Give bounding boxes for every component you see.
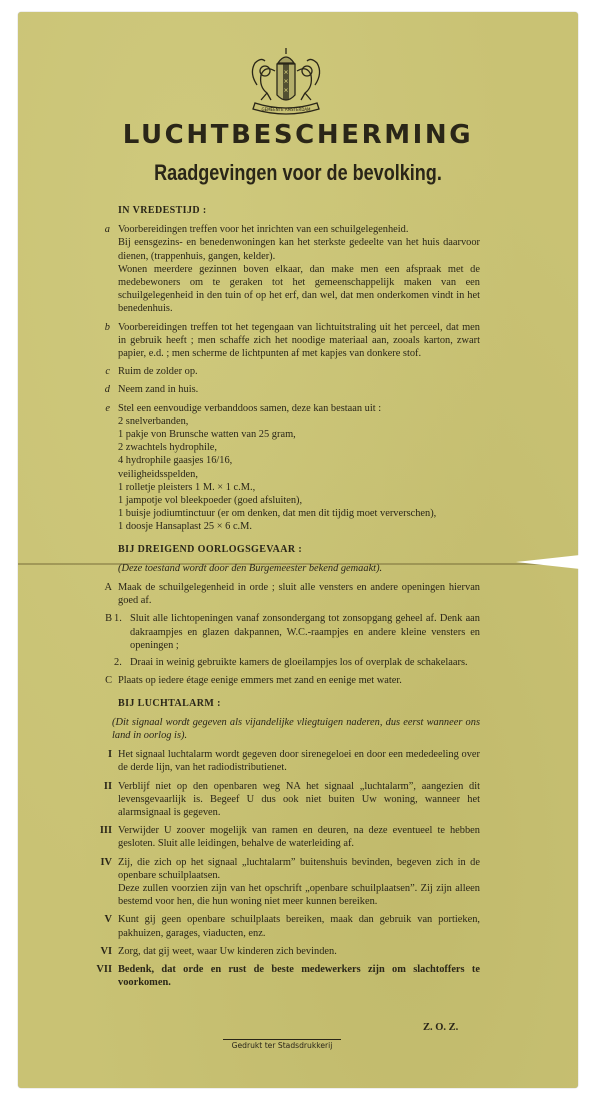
list-item-II: II Verblijf niet op den openbaren weg NA…: [104, 780, 480, 820]
item-marker: e: [96, 402, 110, 415]
list-item-VI: VI Zorg, dat gij weet, waar Uw kinderen …: [104, 945, 480, 958]
list-item-C: C Plaats op iedere étage eenige emmers m…: [104, 674, 480, 687]
sub-item-1: 1. Sluit alle lichtopeningen vanaf zonso…: [104, 612, 480, 652]
item-text: Bij eensgezins- en benedenwoningen kan h…: [118, 236, 480, 262]
item-marker: I: [82, 748, 112, 761]
item-marker: A: [82, 581, 112, 594]
item-text: Maak de schuilgelegenheid in orde ; slui…: [118, 582, 480, 606]
svg-text:×: ×: [283, 78, 288, 85]
item-text: Ruim de zolder op.: [118, 365, 480, 378]
kit-item: 2 snelverbanden,: [118, 415, 480, 428]
svg-text:×: ×: [283, 69, 288, 76]
kit-item: 1 rolletje pleisters 1 M. × 1 c.M.,: [118, 481, 480, 494]
list-item-d: d Neem zand in huis.: [104, 383, 480, 396]
item-marker: b: [96, 321, 110, 334]
item-text: Zij, die zich op het signaal „luchtalarm…: [118, 856, 480, 882]
item-text: Bedenk, dat orde en rust de beste medewe…: [118, 964, 480, 988]
list-item-VII: VII Bedenk, dat orde en rust de beste me…: [104, 963, 480, 989]
item-text: Wonen meerdere gezinnen boven elkaar, da…: [118, 263, 480, 316]
item-text: Zorg, dat gij weet, waar Uw kinderen zic…: [118, 946, 337, 957]
kit-item: 1 buisje jodiumtinctuur (er om denken, d…: [118, 507, 480, 520]
section-heading-peacetime: IN VREDESTIJD :: [118, 204, 480, 217]
poster-body: IN VREDESTIJD : a Voorbereidingen treffe…: [104, 204, 480, 994]
item-text: Stel een eenvoudige verbanddoos samen, d…: [118, 402, 480, 415]
list-item-b: b Voorbereidingen treffen tot het tegeng…: [104, 321, 480, 361]
sub-item-number: 1.: [114, 612, 122, 625]
section-heading-threat-of-war: BIJ DREIGEND OORLOGSGEVAAR :: [118, 543, 480, 556]
item-text: Plaats op iedere étage eenige emmers met…: [118, 675, 402, 686]
poster-sheet: GEMEENTE AMSTERDAM × × × LUCHTBESCHERMIN…: [18, 12, 578, 1088]
item-marker: c: [96, 365, 110, 378]
list-item-IV: IV Zij, die zich op het signaal „luchtal…: [104, 856, 480, 909]
amsterdam-coat-of-arms-icon: GEMEENTE AMSTERDAM × × ×: [245, 45, 327, 121]
item-text: Draai in weinig gebruikte kamers de gloe…: [130, 657, 468, 668]
item-text: Neem zand in huis.: [118, 383, 480, 396]
list-item-A: A Maak de schuilgelegenheid in orde ; sl…: [104, 581, 480, 607]
item-marker: III: [82, 824, 112, 837]
item-marker: d: [96, 383, 110, 396]
item-text: Het signaal luchtalarm wordt gegeven doo…: [118, 749, 480, 773]
list-item-V: V Kunt gij geen openbare schuilplaats be…: [104, 913, 480, 939]
item-marker: C: [82, 674, 112, 687]
item-text: Sluit alle lichtopeningen vanaf zonsonde…: [130, 613, 480, 650]
item-text: Verwijder U zoover mogelijk van ramen en…: [118, 825, 480, 849]
kit-item: veiligheidsspelden,: [118, 468, 480, 481]
section-note: (Deze toestand wordt door den Burgemeest…: [118, 562, 480, 575]
sub-item-2: 2. Draai in weinig gebruikte kamers de g…: [104, 656, 480, 669]
svg-text:GEMEENTE AMSTERDAM: GEMEENTE AMSTERDAM: [261, 107, 311, 112]
list-item-a: a Voorbereidingen treffen voor het inric…: [104, 223, 480, 315]
list-item-I: I Het signaal luchtalarm wordt gegeven d…: [104, 748, 480, 774]
section-note: (Dit signaal wordt gegeven als vijandeli…: [104, 716, 480, 742]
item-text: Deze zullen voorzien zijn van het opschr…: [118, 882, 480, 908]
item-marker: II: [82, 780, 112, 793]
section-heading-air-raid: BIJ LUCHTALARM :: [118, 697, 480, 710]
poster-subtitle: Raadgevingen voor de bevolking.: [68, 160, 527, 186]
item-text: Voorbereidingen treffen voor het inricht…: [118, 223, 480, 236]
kit-item: 2 zwachtels hydrophile,: [118, 441, 480, 454]
item-text: Kunt gij geen openbare schuilplaats bere…: [118, 914, 480, 938]
svg-text:×: ×: [283, 87, 288, 94]
list-item-c: c Ruim de zolder op.: [104, 365, 480, 378]
list-item-III: III Verwijder U zoover mogelijk van rame…: [104, 824, 480, 850]
sub-item-number: 2.: [114, 656, 122, 669]
list-item-e: e Stel een eenvoudige verbanddoos samen,…: [104, 402, 480, 534]
paper-tear: [516, 555, 580, 569]
poster-title: LUCHTBESCHERMING: [18, 120, 578, 150]
item-marker: V: [82, 913, 112, 926]
item-marker: IV: [82, 856, 112, 869]
item-marker: VII: [82, 963, 112, 976]
kit-item: 4 hydrophile gaasjes 16/16,: [118, 454, 480, 467]
kit-item: 1 doosje Hansaplast 25 × 6 c.M.: [118, 520, 480, 533]
list-item-B: B 1. Sluit alle lichtopeningen vanaf zon…: [104, 612, 480, 669]
item-marker: a: [96, 223, 110, 236]
item-marker: VI: [82, 945, 112, 958]
turn-over-note: Z. O. Z.: [423, 1022, 458, 1033]
printer-credit: Gedrukt ter Stadsdrukkerij: [223, 1039, 341, 1050]
kit-item: 1 pakje von Brunsche watten van 25 gram,: [118, 428, 480, 441]
item-text: Voorbereidingen treffen tot het tegengaa…: [118, 321, 480, 361]
item-text: Verblijf niet op den openbaren weg NA he…: [118, 781, 480, 818]
kit-item: 1 jampotje vol bleekpoeder (goed afsluit…: [118, 494, 480, 507]
